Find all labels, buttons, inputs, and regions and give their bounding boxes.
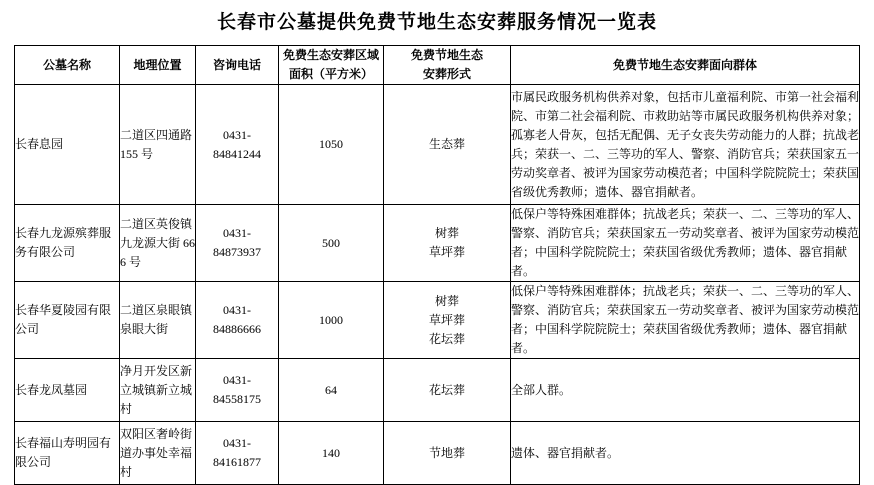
- phone-line: 84558175: [196, 390, 278, 409]
- cell-target-group: 低保户等特殊困难群体；抗战老兵；荣获一、二、三等功的军人、警察、消防官兵；荣获国…: [511, 205, 860, 282]
- page-title: 长春市公墓提供免费节地生态安葬服务情况一览表: [0, 7, 874, 34]
- cell-area: 500: [279, 205, 384, 282]
- col-header-area-text: 免费生态安葬区域面积（平方米）: [283, 46, 379, 84]
- cell-location: 二道区泉眼镇泉眼大街: [120, 282, 196, 359]
- cell-location: 双阳区奢岭街道办事处幸福村: [120, 422, 196, 485]
- cell-location: 二道区四通路 155 号: [120, 85, 196, 205]
- col-header-burial-form: 免费节地生态安葬形式: [384, 46, 511, 85]
- cell-location: 二道区英俊镇九龙源大街 666 号: [120, 205, 196, 282]
- cell-cemetery-name: 长春龙凤墓园: [15, 359, 120, 422]
- cell-target-group: 遗体、器官捐献者。: [511, 422, 860, 485]
- cell-area: 1050: [279, 85, 384, 205]
- cell-area: 1000: [279, 282, 384, 359]
- col-header-target-group: 免费节地生态安葬面向群体: [511, 46, 860, 85]
- burial-form-line: 树葬: [384, 292, 510, 311]
- phone-line: 0431-: [196, 301, 278, 320]
- table-header-row: 公墓名称 地理位置 咨询电话 免费生态安葬区域面积（平方米） 免费节地生态安葬形…: [15, 46, 860, 85]
- cell-phone: 0431- 84886666: [196, 282, 279, 359]
- cell-area: 64: [279, 359, 384, 422]
- cell-phone: 0431- 84161877: [196, 422, 279, 485]
- services-table: 公墓名称 地理位置 咨询电话 免费生态安葬区域面积（平方米） 免费节地生态安葬形…: [14, 45, 860, 485]
- cell-cemetery-name: 长春息园: [15, 85, 120, 205]
- cell-phone: 0431- 84873937: [196, 205, 279, 282]
- burial-form-line: 草坪葬: [384, 311, 510, 330]
- table-row: 长春福山寿明园有限公司 双阳区奢岭街道办事处幸福村 0431- 84161877…: [15, 422, 860, 485]
- phone-line: 0431-: [196, 126, 278, 145]
- cell-cemetery-name: 长春华夏陵园有限公司: [15, 282, 120, 359]
- table-row: 长春九龙源殡葬服务有限公司 二道区英俊镇九龙源大街 666 号 0431- 84…: [15, 205, 860, 282]
- cell-burial-forms: 生态葬: [384, 85, 511, 205]
- phone-line: 84873937: [196, 243, 278, 262]
- cell-cemetery-name: 长春九龙源殡葬服务有限公司: [15, 205, 120, 282]
- cell-burial-forms: 树葬 草坪葬: [384, 205, 511, 282]
- cell-target-group: 市属民政服务机构供养对象，包括市儿童福利院、市第一社会福利院、市第二社会福利院、…: [511, 85, 860, 205]
- cell-burial-forms: 节地葬: [384, 422, 511, 485]
- col-header-cemetery-name: 公墓名称: [15, 46, 120, 85]
- phone-line: 0431-: [196, 434, 278, 453]
- phone-line: 84886666: [196, 320, 278, 339]
- cell-phone: 0431- 84558175: [196, 359, 279, 422]
- burial-form-line: 草坪葬: [384, 243, 510, 262]
- burial-form-line: 节地葬: [384, 444, 510, 463]
- phone-line: 84161877: [196, 453, 278, 472]
- col-header-phone: 咨询电话: [196, 46, 279, 85]
- cell-cemetery-name: 长春福山寿明园有限公司: [15, 422, 120, 485]
- burial-form-line: 花坛葬: [384, 330, 510, 349]
- table-row: 长春华夏陵园有限公司 二道区泉眼镇泉眼大街 0431- 84886666 100…: [15, 282, 860, 359]
- cell-burial-forms: 树葬 草坪葬 花坛葬: [384, 282, 511, 359]
- phone-line: 0431-: [196, 224, 278, 243]
- col-header-location: 地理位置: [120, 46, 196, 85]
- cell-phone: 0431- 84841244: [196, 85, 279, 205]
- col-header-area: 免费生态安葬区域面积（平方米）: [279, 46, 384, 85]
- burial-form-line: 花坛葬: [384, 381, 510, 400]
- cell-area: 140: [279, 422, 384, 485]
- cell-target-group: 全部人群。: [511, 359, 860, 422]
- cell-burial-forms: 花坛葬: [384, 359, 511, 422]
- col-header-burial-form-text: 免费节地生态安葬形式: [409, 46, 485, 84]
- phone-line: 84841244: [196, 145, 278, 164]
- cell-location: 净月开发区新立城镇新立城村: [120, 359, 196, 422]
- table-row: 长春龙凤墓园 净月开发区新立城镇新立城村 0431- 84558175 64 花…: [15, 359, 860, 422]
- burial-form-line: 树葬: [384, 224, 510, 243]
- phone-line: 0431-: [196, 371, 278, 390]
- cell-target-group: 低保户等特殊困难群体；抗战老兵；荣获一、二、三等功的军人、警察、消防官兵；荣获国…: [511, 282, 860, 359]
- burial-form-line: 生态葬: [384, 135, 510, 154]
- table-row: 长春息园 二道区四通路 155 号 0431- 84841244 1050 生态…: [15, 85, 860, 205]
